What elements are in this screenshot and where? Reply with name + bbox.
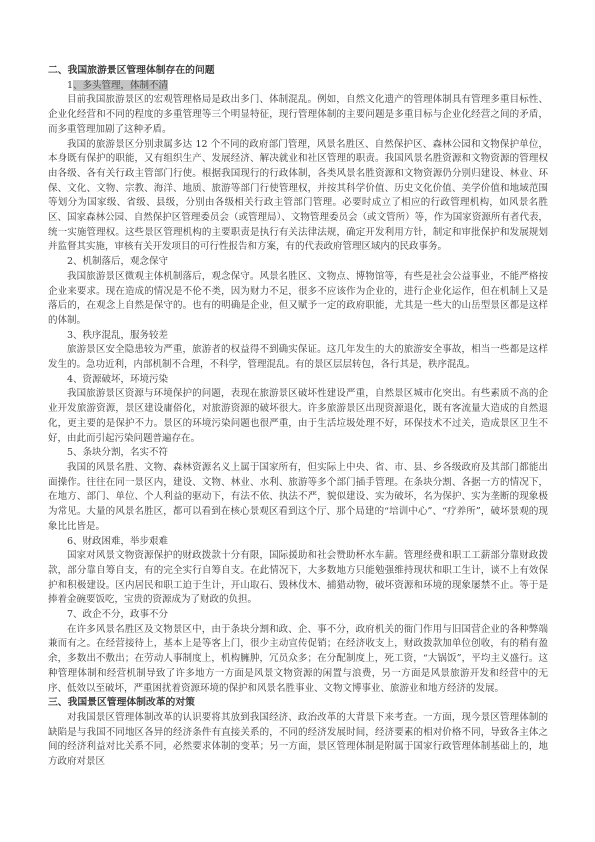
paragraph-6: 国家对风景文物资源保护的财政拨款十分有限，国际援助和社会赞助杯水车薪。管理经费和… xyxy=(48,549,548,608)
subheading-5: 5、条块分割，名实不符 xyxy=(48,446,548,461)
subheading-1: 1、多头管理，体制不清 xyxy=(48,79,548,94)
paragraph-reform-1: 对我国景区管理体制改革的认识要将其放到我国经济、政治改革的大背景下来考查。一方面… xyxy=(48,711,548,770)
paragraph-4: 我国旅游景区资源与环境保护的问题，表现在旅游景区破坏性建设严重，自然景区城市化突… xyxy=(48,387,548,446)
subheading-1-highlighted-text: 、多头管理，体制不清 xyxy=(73,80,168,91)
paragraph-3: 旅游景区安全隐患较为严重，旅游者的权益得不到确实保证。这几年发生的大的旅游安全事… xyxy=(48,343,548,372)
paragraph-7: 在许多风景名胜区及文物景区中，由于条块分割和政、企、事不分，政府机关的衙门作用与… xyxy=(48,623,548,697)
paragraph-1-1: 目前我国旅游景区的宏观管理格局是政出多门、体制混乱。例如，自然文化遗产的管理体制… xyxy=(48,93,548,137)
paragraph-5: 我国的风景名胜、文物、森林资源名义上属于国家所有，但实际上中央、省、市、县、乡各… xyxy=(48,461,548,535)
subheading-4: 4、资源破坏，环境污染 xyxy=(48,373,548,388)
subheading-3: 3、秩序混乱，服务较差 xyxy=(48,329,548,344)
subheading-2: 2、机制落后，观念保守 xyxy=(48,255,548,270)
document-page: 二、我国旅游景区管理体制存在的问题 1、多头管理，体制不清 目前我国旅游景区的宏… xyxy=(0,0,595,842)
section-heading-problems: 二、我国旅游景区管理体制存在的问题 xyxy=(48,64,548,79)
subheading-7: 7、政企不分，政事不分 xyxy=(48,608,548,623)
section-heading-reform: 三、我国景区管理体制改革的对策 xyxy=(48,696,548,711)
paragraph-2: 我国旅游景区微观主体机制落后，观念保守。风景名胜区、文物点、博物馆等，有些是社会… xyxy=(48,270,548,329)
document-body: 二、我国旅游景区管理体制存在的问题 1、多头管理，体制不清 目前我国旅游景区的宏… xyxy=(48,64,548,770)
paragraph-1-2: 我国的旅游景区分别隶属多达 12 个不同的政府部门管理，风景名胜区、自然保护区、… xyxy=(48,138,548,256)
subheading-6: 6、财政困难，举步艰难 xyxy=(48,535,548,550)
